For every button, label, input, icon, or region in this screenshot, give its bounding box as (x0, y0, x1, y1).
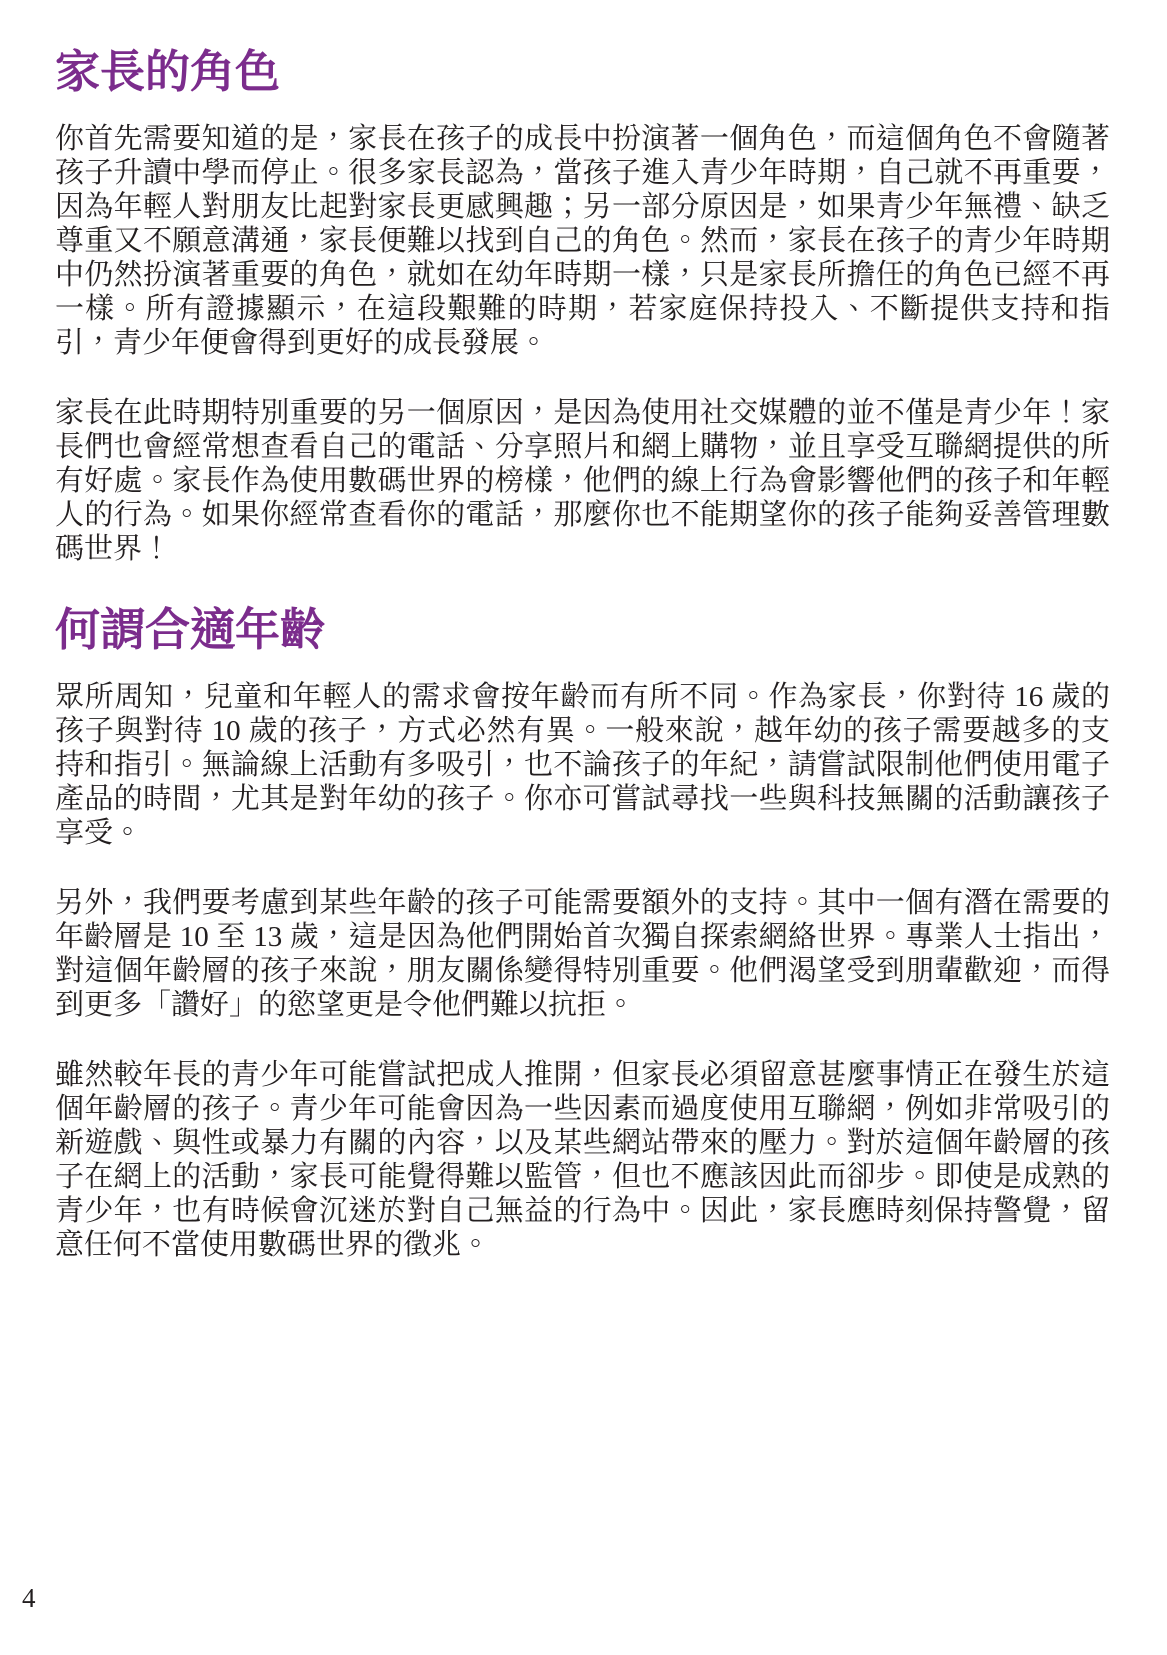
heading-appropriate-age: 何謂合適年齡 (55, 602, 1110, 658)
paragraph-parents-role-2: 家長在此時期特別重要的另一個原因，是因為使用社交媒體的並不僅是青少年！家長們也會… (55, 396, 1110, 566)
paragraph-parents-role-1: 你首先需要知道的是，家長在孩子的成長中扮演著一個角色，而這個角色不會隨著孩子升讀… (55, 122, 1110, 360)
paragraph-appropriate-age-1: 眾所周知，兒童和年輕人的需求會按年齡而有所不同。作為家長，你對待 16 歲的孩子… (55, 680, 1110, 850)
heading-parents-role: 家長的角色 (55, 44, 1110, 100)
document-page: 家長的角色 你首先需要知道的是，家長在孩子的成長中扮演著一個角色，而這個角色不會… (0, 0, 1167, 1655)
section-appropriate-age: 何謂合適年齡 眾所周知，兒童和年輕人的需求會按年齡而有所不同。作為家長，你對待 … (55, 602, 1110, 1262)
paragraph-appropriate-age-2: 另外，我們要考慮到某些年齡的孩子可能需要額外的支持。其中一個有潛在需要的年齡層是… (55, 886, 1110, 1022)
section-parents-role: 家長的角色 你首先需要知道的是，家長在孩子的成長中扮演著一個角色，而這個角色不會… (55, 44, 1110, 566)
paragraph-appropriate-age-3: 雖然較年長的青少年可能嘗試把成人推開，但家長必須留意甚麼事情正在發生於這個年齡層… (55, 1058, 1110, 1262)
page-content: 家長的角色 你首先需要知道的是，家長在孩子的成長中扮演著一個角色，而這個角色不會… (0, 0, 1167, 1262)
page-number: 4 (22, 1583, 36, 1613)
